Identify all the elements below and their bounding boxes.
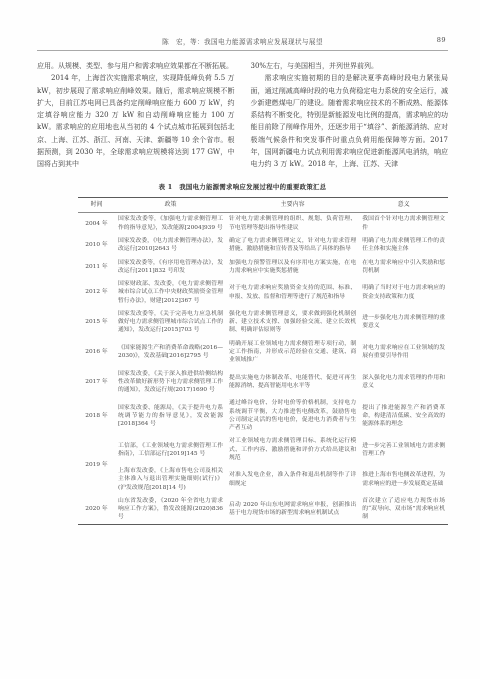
page-number: 89 bbox=[437, 36, 446, 44]
column-header-policy: 政策 bbox=[115, 197, 226, 212]
cell-meaning: 对电力需求响应在工业领域的发展有重要引导作用 bbox=[359, 337, 448, 367]
cell-year: 2020 年 bbox=[78, 494, 115, 524]
cell-content: 启动 2020 年山东电网需求响应申报，创新推出基于电力现货市场的新型需求响应机… bbox=[226, 494, 359, 524]
table-header-row: 时间 政策 主要内容 意义 bbox=[78, 197, 448, 212]
cell-meaning: 推进上海市售电侧改革进程，为需求响应的进一步发展奠定基础 bbox=[359, 465, 448, 495]
table-row: 2004 年国家发改委等，《加强电力需求侧管理工作的指导意见》，发改能源[200… bbox=[78, 212, 448, 234]
cell-policy: 国家发改委等，《加强电力需求侧管理工作的指导意见》，发改能源[2004]939 … bbox=[115, 212, 226, 234]
cell-year: 2017 年 bbox=[78, 367, 115, 397]
cell-year: 2012 年 bbox=[78, 278, 115, 308]
cell-policy: 国家发改委，《电力需求侧管理办法》，发改运行[2010]2643 号 bbox=[115, 234, 226, 256]
cell-meaning: 明确了当时对于电力需求响应的资金支持政策和力度 bbox=[359, 278, 448, 308]
cell-meaning: 首次建立了适应电力现货市场的“双导向、双市场”需求响应机制 bbox=[359, 494, 448, 524]
cell-meaning: 提出了推进能源生产和消费革命，构建清洁低碳、安全高效的能源体系的理念 bbox=[359, 397, 448, 435]
cell-year: 2016 年 bbox=[78, 337, 115, 367]
table-row: 2018 年国家发改委、能源局，《关于提升电力系统调节能力的指导意见》，发改能源… bbox=[78, 397, 448, 435]
table-row: 2011 年国家发改委等，《有序用电管理办法》，发改运行[2011]832 号印… bbox=[78, 256, 448, 278]
cell-year: 2004 年 bbox=[78, 212, 115, 234]
column-header-content: 主要内容 bbox=[226, 197, 359, 212]
table-row: 2012 年国家财政部、发改委，《电力需求侧管理城市综合试点工作中央财政奖励资金… bbox=[78, 278, 448, 308]
paragraph: 需求响应实施初期的目的是解决夏季高峰时段电力紧张局面，通过削减高峰时段的电力负荷… bbox=[251, 72, 449, 170]
running-title: 陈 宏，等：我国电力能源需求响应发展现状与展望 bbox=[37, 36, 448, 46]
cell-content: 提出实施电力体制改革、电能替代、促进可再生能源消纳、提高智能用电水平等 bbox=[226, 367, 359, 397]
policy-table: 时间 政策 主要内容 意义 2004 年国家发改委等，《加强电力需求侧管理工作的… bbox=[78, 197, 448, 526]
table-row: 2010 年国家发改委，《电力需求侧管理办法》，发改运行[2010]2643 号… bbox=[78, 234, 448, 256]
policy-table-wrap: 时间 政策 主要内容 意义 2004 年国家发改委等，《加强电力需求侧管理工作的… bbox=[78, 197, 448, 526]
cell-policy: 国家财政部、发改委，《电力需求侧管理城市综合试点工作中央财政奖励资金管理暂行办法… bbox=[115, 278, 226, 308]
cell-year: 2010 年 bbox=[78, 234, 115, 256]
header-rule bbox=[37, 50, 448, 51]
table-row: 上海市发改委，《上海市售电公司及相关主体准入与退出管理实施细则(试行)》(沪发改… bbox=[78, 465, 448, 495]
table-caption: 表 1 我国电力能源需求响应发展过程中的重要政策汇总 bbox=[37, 182, 448, 191]
column-header-time: 时间 bbox=[78, 197, 115, 212]
cell-policy: 山东省发改委，《2020 年全省电力需求响应工作方案》，鲁发改能源(2020)8… bbox=[115, 494, 226, 524]
table-row: 2017 年国家发改委，《关于深入推进供给侧结构性改革做好新形势下电力需求侧管理… bbox=[78, 367, 448, 397]
cell-policy: 国家发改委等，《关于完善电力应急机制做好电力需求侧管理城市综合试点工作的通知》，… bbox=[115, 307, 226, 337]
body-columns: 应用。从规模、类型、参与用户和需求响应效果都在不断拓展。 2014 年，上海首次… bbox=[37, 60, 448, 171]
cell-content: 对于电力需求响应奖励资金支持的范围、标准、申报、发放、监督和管理等进行了规范和指… bbox=[226, 278, 359, 308]
cell-content: 强化电力需求侧管理意义，要求做到强化机制创新、建立技术支撑、加强经验交流、建立长… bbox=[226, 307, 359, 337]
cell-policy: 国家发改委，《关于深入推进供给侧结构性改革做好新形势下电力需求侧管理工作的通知》… bbox=[115, 367, 226, 397]
table-row: 2015 年国家发改委等，《关于完善电力应急机制做好电力需求侧管理城市综合试点工… bbox=[78, 307, 448, 337]
cell-meaning: 进一步强化电力需求侧管理的重要意义 bbox=[359, 307, 448, 337]
cell-meaning: 深入强化电力需求管理的作用和意义 bbox=[359, 367, 448, 397]
cell-year: 2019 年 bbox=[78, 435, 115, 495]
right-column: 30%左右，与美国相当，并列世界前列。 需求响应实施初期的目的是解决夏季高峰时段… bbox=[251, 60, 449, 171]
paragraph: 30%左右，与美国相当，并列世界前列。 bbox=[251, 60, 449, 72]
running-head: 陈 宏，等：我国电力能源需求响应发展现状与展望 89 bbox=[37, 36, 448, 46]
table-row: 2020 年山东省发改委，《2020 年全省电力需求响应工作方案》，鲁发改能源(… bbox=[78, 494, 448, 524]
paragraph: 2014 年，上海首次实施需求响应，实现降低峰负荷 5.5 万 kW，初步展现了… bbox=[37, 72, 235, 170]
table-row: 2019 年工信部，《工业领域电力需求侧管理工作指南》，工信部运行[2019]1… bbox=[78, 435, 448, 465]
column-header-meaning: 意义 bbox=[359, 197, 448, 212]
cell-content: 通过峰谷电价、分时电价等价格机制，支持电力系统调节平衡，大力推进售电侧改革，鼓励… bbox=[226, 397, 359, 435]
cell-meaning: 在电力需求响应中引入奖励和惩罚机制 bbox=[359, 256, 448, 278]
cell-meaning: 进一步完善工业领域电力需求侧管理工作 bbox=[359, 435, 448, 465]
cell-content: 对工业领域电力需求侧管理目标、系统化运行模式、工作内容、激励措施和评价方式给出建… bbox=[226, 435, 359, 465]
policy-table-body: 2004 年国家发改委等，《加强电力需求侧管理工作的指导意见》，发改能源[200… bbox=[78, 212, 448, 524]
cell-content: 针对电力需求侧管理的组织、规划、负荷管理、节电管理等提出指导性建议 bbox=[226, 212, 359, 234]
left-column: 应用。从规模、类型、参与用户和需求响应效果都在不断拓展。 2014 年，上海首次… bbox=[37, 60, 235, 171]
paragraph: 应用。从规模、类型、参与用户和需求响应效果都在不断拓展。 bbox=[37, 60, 235, 72]
cell-policy: 国家发改委等，《有序用电管理办法》，发改运行[2011]832 号印发 bbox=[115, 256, 226, 278]
table-row: 2016 年《国家能源生产和消费革命战略(2016—2030)》，发改基础[20… bbox=[78, 337, 448, 367]
cell-policy: 工信部，《工业领域电力需求侧管理工作指南》，工信部运行[2019]145 号 bbox=[115, 435, 226, 465]
cell-content: 加强电力预警管理以及有序用电方案实施，在电力需求响应中实施奖惩措施 bbox=[226, 256, 359, 278]
paper-page: 陈 宏，等：我国电力能源需求响应发展现状与展望 89 应用。从规模、类型、参与用… bbox=[0, 0, 480, 679]
cell-content: 明确开展工业领域电力需求侧管理专项行动，制定工作指南，并形成示范经验在交通、建筑… bbox=[226, 337, 359, 367]
cell-year: 2015 年 bbox=[78, 307, 115, 337]
cell-meaning: 明确了电力需求侧管理工作的责任主体和实施主体 bbox=[359, 234, 448, 256]
cell-content: 确定了电力需求侧管理定义，针对电力需求管理措施、激励措施和宣传普及等给出了具体的… bbox=[226, 234, 359, 256]
cell-content: 对准入发电企业，准入条件和退出机制等作了详细规定 bbox=[226, 465, 359, 495]
cell-policy: 《国家能源生产和消费革命战略(2016—2030)》，发改基础[2016]279… bbox=[115, 337, 226, 367]
cell-year: 2011 年 bbox=[78, 256, 115, 278]
cell-policy: 国家发改委、能源局，《关于提升电力系统调节能力的指导意见》，发改能源[2018]… bbox=[115, 397, 226, 435]
cell-year: 2018 年 bbox=[78, 397, 115, 435]
cell-meaning: 我国首个针对电力需求侧管理文件 bbox=[359, 212, 448, 234]
cell-policy: 上海市发改委，《上海市售电公司及相关主体准入与退出管理实施细则(试行)》(沪发改… bbox=[115, 465, 226, 495]
